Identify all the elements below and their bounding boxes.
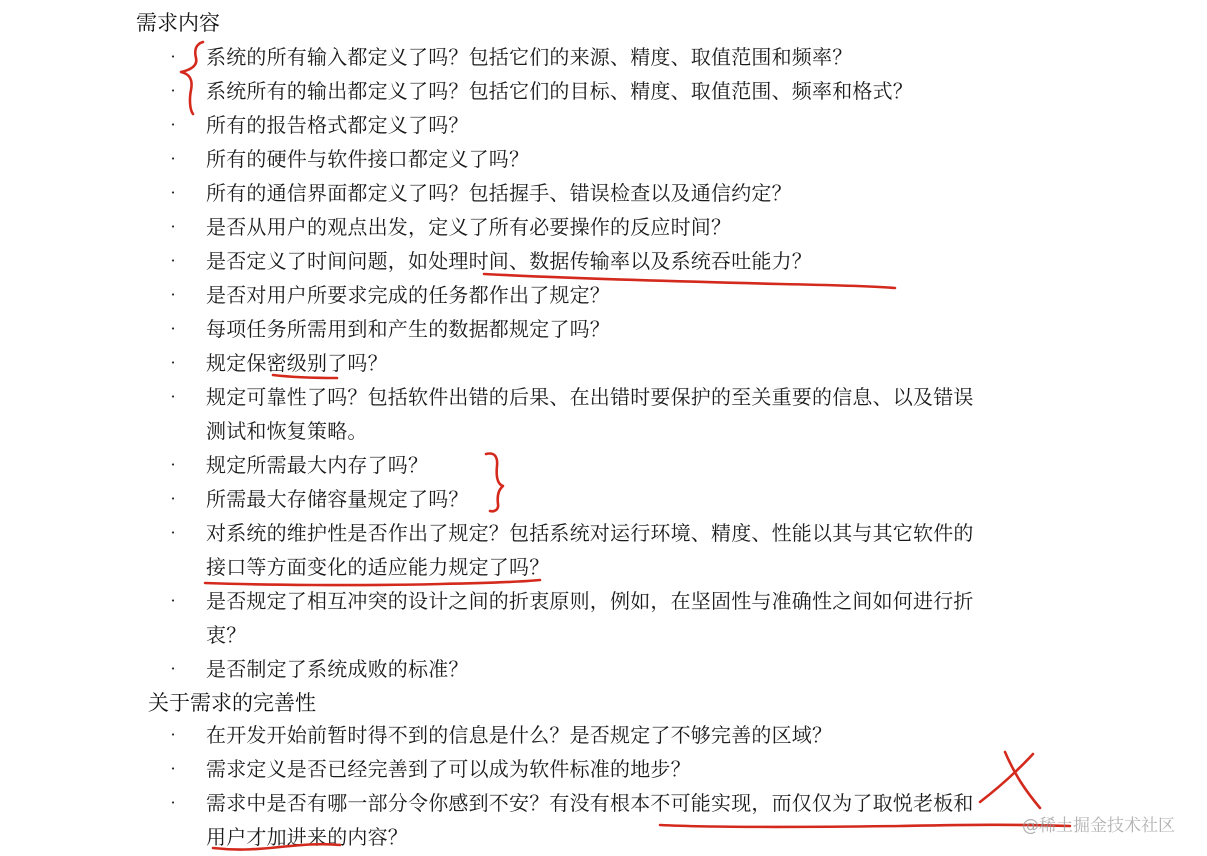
list-item-text: 规定所需最大内存了吗？ (206, 448, 428, 482)
list-item-continuation: 用户才加进来的内容？ (206, 820, 408, 854)
underline-annotation (660, 825, 1070, 827)
bullet-icon: · (168, 40, 178, 74)
list-item-text: 是否规定了相互冲突的设计之间的折衷原则，例如，在坚固性与准确性之间如何进行折 (206, 584, 974, 618)
list-item-text: 系统所有的输出都定义了吗？包括它们的目标、精度、取值范围、频率和格式？ (206, 74, 913, 108)
bullet-icon: · (168, 752, 178, 786)
list-item-text: 所有的报告格式都定义了吗？ (206, 108, 469, 142)
list-item-text: 需求中是否有哪一部分令你感到不安？有没有根本不可能实现，而仅仅为了取悦老板和 (206, 786, 974, 820)
bullet-icon: · (168, 786, 178, 820)
bullet-icon: · (168, 108, 178, 142)
bullet-icon: · (168, 516, 178, 550)
list-item-text: 所有的通信界面都定义了吗？包括握手、错误检查以及通信约定？ (206, 176, 792, 210)
bullet-icon: · (168, 346, 178, 380)
list-item-text: 在开发开始前暂时得不到的信息是什么？是否规定了不够完善的区域？ (206, 718, 832, 752)
list-item-text: 所有的硬件与软件接口都定义了吗？ (206, 142, 529, 176)
list-item-text: 系统的所有输入都定义了吗？包括它们的来源、精度、取值范围和频率？ (206, 40, 852, 74)
bullet-icon: · (168, 380, 178, 414)
bullet-icon: · (168, 312, 178, 346)
list-item-continuation: 测试和恢复策略。 (206, 414, 368, 448)
bullet-icon: · (168, 584, 178, 618)
bullet-icon: · (168, 176, 178, 210)
bullet-icon: · (168, 142, 178, 176)
bullet-icon: · (168, 210, 178, 244)
list-item-text: 所需最大存储容量规定了吗？ (206, 482, 469, 516)
bullet-icon: · (168, 244, 178, 278)
list-item-text: 规定可靠性了吗？包括软件出错的后果、在出错时要保护的至关重要的信息、以及错误 (206, 380, 974, 414)
list-item-text: 需求定义是否已经完善到了可以成为软件标准的地步？ (206, 752, 691, 786)
bullet-icon: · (168, 74, 178, 108)
list-item-text: 是否对用户所要求完成的任务都作出了规定？ (206, 278, 610, 312)
left-brace-annotation (181, 42, 203, 114)
list-item-text: 对系统的维护性是否作出了规定？包括系统对运行环境、精度、性能以其与其它软件的 (206, 516, 974, 550)
bullet-icon: · (168, 278, 178, 312)
list-item-text: 是否制定了系统成败的标准？ (206, 652, 469, 686)
cross-mark-annotation (1005, 752, 1040, 808)
bullet-icon: · (168, 482, 178, 516)
section-heading-requirements-completeness: 关于需求的完善性 (148, 688, 316, 718)
list-item-text: 每项任务所需用到和产生的数据都规定了吗？ (206, 312, 610, 346)
bullet-icon: · (168, 652, 178, 686)
bullet-icon: · (168, 718, 178, 752)
cross-mark-annotation (980, 754, 1033, 802)
watermark-text: @稀土掘金技术社区 (1022, 811, 1175, 836)
list-item-text: 是否定义了时间问题，如处理时间、数据传输率以及系统吞吐能力？ (206, 244, 812, 278)
list-item-continuation: 衷？ (206, 618, 246, 652)
list-item-text: 是否从用户的观点出发，定义了所有必要操作的反应时间？ (206, 210, 731, 244)
list-item-text: 规定保密级别了吗？ (206, 346, 388, 380)
right-brace-annotation (486, 454, 503, 512)
bullet-icon: · (168, 448, 178, 482)
document-page: 需求内容 · 系统的所有输入都定义了吗？包括它们的来源、精度、取值范围和频率？ … (0, 0, 1207, 856)
section-heading-requirements-content: 需求内容 (136, 8, 220, 38)
list-item-continuation: 接口等方面变化的适应能力规定了吗？ (206, 550, 549, 584)
